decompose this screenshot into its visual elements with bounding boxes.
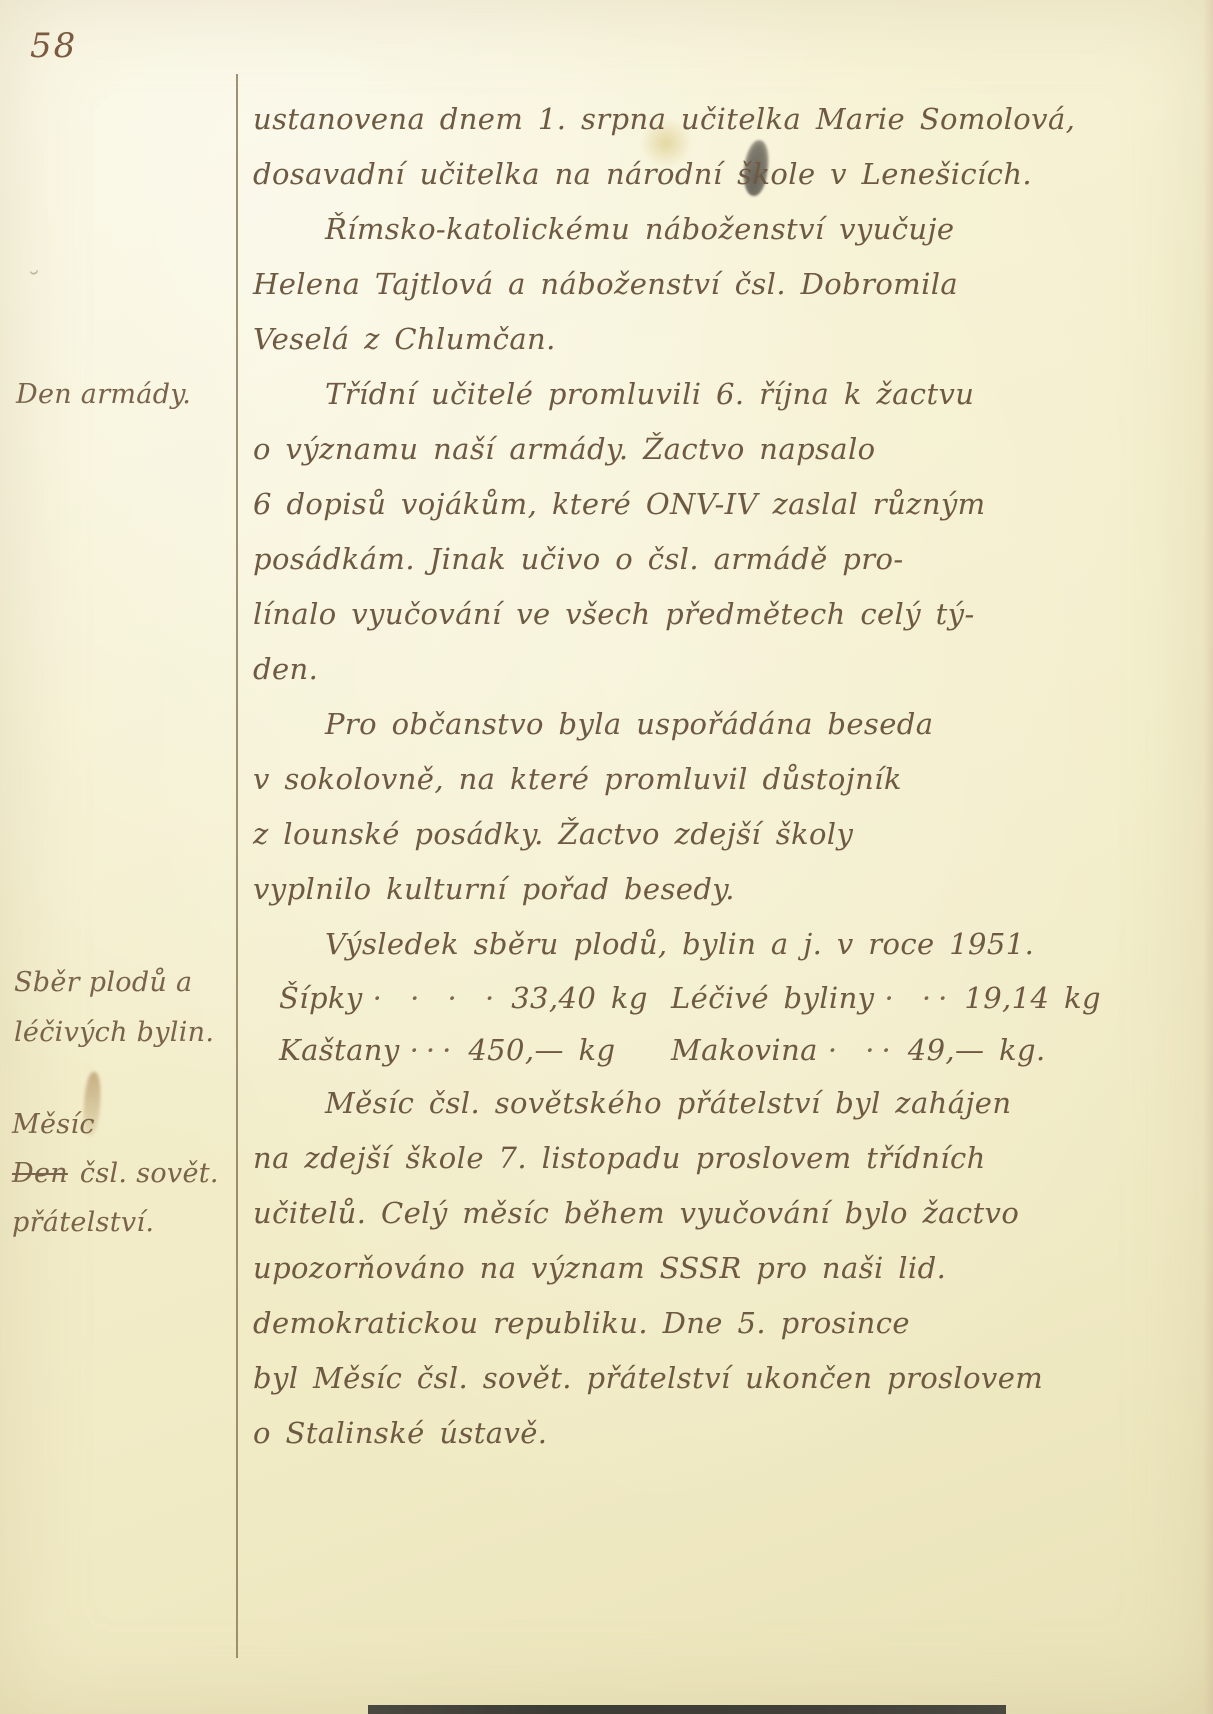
harvest-item-amount: 49,— kg. [908,1033,1046,1067]
body-line: v sokolovně, na které promluvil důstojní… [253,752,1133,807]
margin-note-line: přátelství. [12,1198,219,1247]
margin-note-line: Měsíc [12,1100,219,1149]
margin-note-line: léčivých bylin. [14,1008,214,1058]
body-line: upozorňováno na význam SSSR pro naši lid… [253,1241,1133,1296]
margin-note-line: Sběr plodů a [14,958,214,1008]
harvest-item-amount: 33,40 kg [511,981,648,1015]
body-line: Helena Tajtlová a náboženství čsl. Dobro… [253,257,1133,312]
body-line: posádkám. Jinak učivo o čsl. armádě pro- [253,532,1133,587]
harvest-item-name: Makovina [671,1033,818,1067]
body-line: Výsledek sběru plodů, bylin a j. v roce … [253,917,1133,972]
body-line: Měsíc čsl. sovětského přátelství byl zah… [253,1076,1133,1131]
margin-note-mesic-pratelstvi: Měsíc Denčsl. sovět. přátelství. [12,1100,219,1247]
body-line: z lounské posádky. Žactvo zdejší školy [253,807,1133,862]
body-line: línalo vyučování ve všech předmětech cel… [253,587,1133,642]
body-line: byl Měsíc čsl. sovět. přátelství ukončen… [253,1351,1133,1406]
harvest-cell: Makovina· ··49,— kg. [671,1024,1133,1076]
body-line: Pro občanstvo byla uspořádána beseda [253,697,1133,752]
margin-note-line: Denčsl. sovět. [12,1149,219,1198]
body-line: 6 dopisů vojákům, které ONV-IV zaslal rů… [253,477,1133,532]
dot-leaders: · · · · [373,981,502,1015]
harvest-item-name: Léčivé byliny [671,981,874,1015]
body-line: Římsko-katolickému náboženství vyučuje [253,202,1133,257]
body-line: o Stalinské ústavě. [253,1406,1133,1461]
harvest-item-amount: 19,14 kg [964,981,1101,1015]
body-line: vyplnilo kulturní pořad besedy. [253,862,1133,917]
main-text-column: ustanovena dnem 1. srpna učitelka Marie … [253,92,1133,1461]
page-edge-shadow [1203,0,1213,1714]
harvest-item-name: Kaštany [279,1033,400,1067]
chronicle-page: 58 ˘ Den armády. Sběr plodů a léčivých b… [0,0,1213,1714]
harvest-row: Kaštany···450,— kg Makovina· ··49,— kg. [253,1024,1133,1076]
body-line: ustanovena dnem 1. srpna učitelka Marie … [253,92,1133,147]
body-line: učitelů. Celý měsíc během vyučování bylo… [253,1186,1133,1241]
harvest-row: Šípky· · · ·33,40 kg Léčivé byliny· ··19… [253,972,1133,1024]
struck-word: Den [12,1158,68,1189]
body-line: den. [253,642,1133,697]
margin-note-sber-plodu: Sběr plodů a léčivých bylin. [14,958,214,1058]
margin-note-line: Den armády. [16,370,191,420]
body-line: demokratickou republiku. Dne 5. prosince [253,1296,1133,1351]
margin-rule-line [236,74,238,1658]
harvest-item-name: Šípky [279,981,363,1015]
body-line: Veselá z Chlumčan. [253,312,1133,367]
harvest-item-amount: 450,— kg [468,1033,615,1067]
dot-leaders: · ·· [884,981,954,1015]
dot-leaders: ··· [410,1033,459,1067]
body-line: na zdejší škole 7. listopadu proslovem t… [253,1131,1133,1186]
page-number: 58 [30,26,77,66]
body-line: Třídní učitelé promluvili 6. října k žac… [253,367,1133,422]
body-line: o významu naší armády. Žactvo napsalo [253,422,1133,477]
margin-note-text: čsl. sovět. [80,1158,219,1189]
stray-pen-mark: ˘ [27,267,46,299]
harvest-cell: Kaštany···450,— kg [279,1024,671,1076]
margin-note-den-armady: Den armády. [16,370,191,420]
dot-leaders: · ·· [828,1033,898,1067]
scanner-edge-band [368,1705,1006,1714]
harvest-cell: Šípky· · · ·33,40 kg [279,972,671,1024]
harvest-cell: Léčivé byliny· ··19,14 kg [671,972,1133,1024]
body-line: dosavadní učitelka na národní škole v Le… [253,147,1133,202]
